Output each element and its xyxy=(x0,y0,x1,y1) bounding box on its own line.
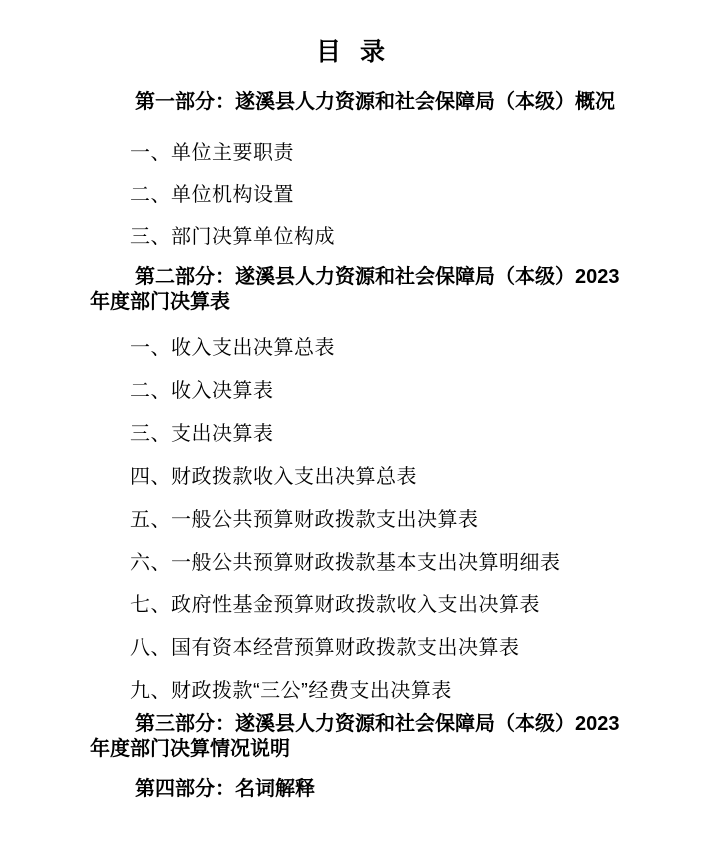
toc-item-s1-2: 二、单位机构设置 xyxy=(130,182,294,208)
toc-item-s2-7: 七、政府性基金预算财政拨款收入支出决算表 xyxy=(130,592,540,618)
toc-title: 目 录 xyxy=(0,38,701,66)
toc-item-s2-1: 一、收入支出决算总表 xyxy=(130,335,335,361)
section-2-heading: 第二部分：遂溪县人力资源和社会保障局（本级）2023 年度部门决算表 xyxy=(90,265,650,315)
toc-item-s1-1: 一、单位主要职责 xyxy=(130,140,294,166)
toc-item-s2-9: 九、财政拨款“三公”经费支出决算表 xyxy=(130,678,452,704)
section-3-heading: 第三部分：遂溪县人力资源和社会保障局（本级）2023 年度部门决算情况说明 xyxy=(90,712,650,762)
document-page: 目 录 第一部分：遂溪县人力资源和社会保障局（本级）概况 一、单位主要职责 二、… xyxy=(0,0,701,841)
toc-item-s1-3: 三、部门决算单位构成 xyxy=(130,224,335,250)
section-1-heading: 第一部分：遂溪县人力资源和社会保障局（本级）概况 xyxy=(90,90,650,115)
section-3-heading-line-2: 年度部门决算情况说明 xyxy=(90,737,650,762)
section-1-heading-line-1: 第一部分：遂溪县人力资源和社会保障局（本级）概况 xyxy=(90,90,650,115)
section-4-heading: 第四部分：名词解释 xyxy=(90,777,650,802)
section-2-heading-line-1: 第二部分：遂溪县人力资源和社会保障局（本级）2023 xyxy=(90,265,650,290)
toc-item-s2-6: 六、一般公共预算财政拨款基本支出决算明细表 xyxy=(130,550,561,576)
toc-item-s2-3: 三、支出决算表 xyxy=(130,421,274,447)
section-2-heading-line-2: 年度部门决算表 xyxy=(90,290,650,315)
toc-item-s2-2: 二、收入决算表 xyxy=(130,378,274,404)
toc-item-s2-5: 五、一般公共预算财政拨款支出决算表 xyxy=(130,507,479,533)
toc-item-s2-8: 八、国有资本经营预算财政拨款支出决算表 xyxy=(130,635,520,661)
section-3-heading-line-1: 第三部分：遂溪县人力资源和社会保障局（本级）2023 xyxy=(90,712,650,737)
toc-item-s2-4: 四、财政拨款收入支出决算总表 xyxy=(130,464,417,490)
section-4-heading-line-1: 第四部分：名词解释 xyxy=(90,777,650,802)
